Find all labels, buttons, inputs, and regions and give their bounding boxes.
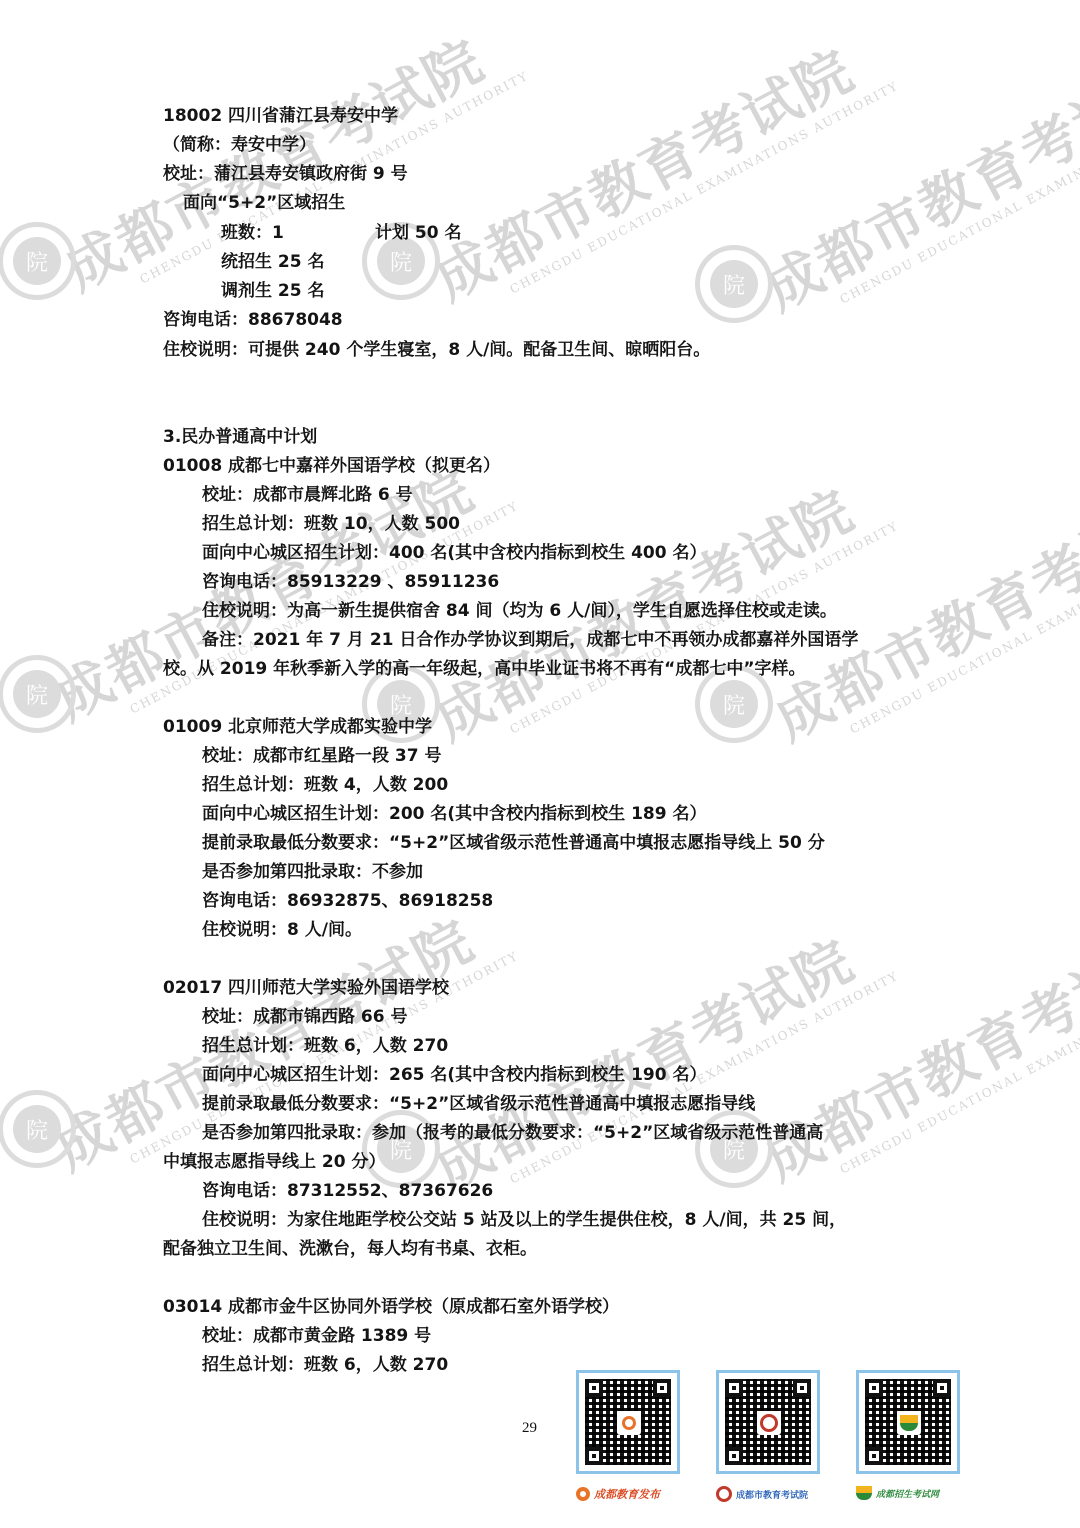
school-detail: 校。从 2019 年秋季新入学的高一年级起，高中毕业证书将不再有“成都七中”字样…: [163, 658, 806, 680]
qr-label: 成都市教育考试院: [716, 1486, 826, 1502]
qr-code-chengdu-education-release[interactable]: 成都教育发布: [576, 1370, 686, 1502]
qr-frame: [576, 1370, 680, 1474]
qr-code-icon: [865, 1379, 951, 1465]
school-detail: 咨询电话：86932875、86918258: [202, 890, 493, 912]
consult-phone: 咨询电话：88678048: [163, 309, 343, 331]
boarding-info: 住校说明：可提供 240 个学生寝室，8 人/间。配备卫生间、晾晒阳台。: [163, 339, 710, 361]
qr-code-icon: [585, 1379, 671, 1465]
school-detail: 住校说明：为家住地距学校公交站 5 站及以上的学生提供住校，8 人/间，共 25…: [202, 1209, 846, 1231]
qr-label: 成都教育发布: [576, 1486, 686, 1502]
school-detail: 是否参加第四批录取：参加（报考的最低分数要求：“5+2”区域省级示范性普通高: [202, 1122, 823, 1144]
school-detail: 配备独立卫生间、洗漱台，每人均有书桌、衣柜。: [163, 1238, 537, 1260]
school-address: 校址：蒲江县寿安镇政府街 9 号: [163, 163, 408, 185]
plan-count: 计划 50 名: [375, 222, 462, 244]
school-short-name: （简称：寿安中学）: [163, 134, 316, 156]
seal-icon: 院: [0, 222, 76, 300]
sun-ring-icon: [576, 1487, 590, 1501]
school-title: 01008 成都七中嘉祥外国语学校（拟更名）: [163, 455, 500, 477]
school-detail: 招生总计划：班数 6，人数 270: [202, 1035, 448, 1057]
school-detail: 是否参加第四批录取：不参加: [202, 861, 423, 883]
school-detail: 校址：成都市黄金路 1389 号: [202, 1325, 431, 1347]
school-detail: 招生总计划：班数 6，人数 270: [202, 1354, 448, 1376]
qr-frame: [856, 1370, 960, 1474]
school-detail: 提前录取最低分数要求：“5+2”区域省级示范性普通高中填报志愿指导线上 50 分: [202, 832, 825, 854]
school-title: 03014 成都市金牛区协同外语学校（原成都石室外语学校）: [163, 1296, 619, 1318]
school-detail: 招生总计划：班数 10，人数 500: [202, 513, 460, 535]
school-detail: 面向中心城区招生计划：200 名(其中含校内指标到校生 189 名）: [202, 803, 707, 825]
school-detail: 校址：成都市晨辉北路 6 号: [202, 484, 413, 506]
school-detail: 咨询电话：87312552、87367626: [202, 1180, 493, 1202]
seal-icon: 院: [0, 1090, 76, 1168]
school-detail: 校址：成都市红星路一段 37 号: [202, 745, 442, 767]
qr-frame: [716, 1370, 820, 1474]
school-detail: 中填报志愿指导线上 20 分）: [163, 1151, 386, 1173]
class-count: 班数：1: [221, 222, 284, 244]
qr-code-admission-exam-site[interactable]: 成都招生考试网: [856, 1370, 966, 1500]
school-title: 18002 四川省蒲江县寿安中学: [163, 105, 398, 127]
seal-icon: 院: [695, 245, 773, 323]
school-detail: 面向中心城区招生计划：400 名(其中含校内指标到校生 400 名）: [202, 542, 707, 564]
school-detail: 住校说明：为高一新生提供宿舍 84 间（均为 6 人/间），学生自愿选择住校或走…: [202, 600, 837, 622]
adjusted-enrollment: 调剂生 25 名: [221, 280, 325, 302]
school-detail: 招生总计划：班数 4，人数 200: [202, 774, 448, 796]
school-detail: 备注：2021 年 7 月 21 日合作办学协议到期后，成都七中不再领办成都嘉祥…: [202, 629, 858, 651]
watermark-text: 成都市教育考试院CHENGDU EDUCATIONAL EXAMINATIONS…: [749, 891, 1080, 1204]
qr-code-exam-authority[interactable]: 成都市教育考试院: [716, 1370, 826, 1502]
school-title: 01009 北京师范大学成都实验中学: [163, 716, 432, 738]
school-detail: 面向中心城区招生计划：265 名(其中含校内指标到校生 190 名）: [202, 1064, 707, 1086]
seal-icon: [716, 1486, 732, 1502]
school-title: 02017 四川师范大学实验外国语学校: [163, 977, 449, 999]
school-detail: 住校说明：8 人/间。: [202, 919, 362, 941]
section-heading: 3.民办普通高中计划: [163, 426, 317, 448]
unified-enrollment: 统招生 25 名: [221, 251, 325, 273]
qr-code-icon: [725, 1379, 811, 1465]
watermark-text: 成都市教育考试院CHENGDU EDUCATIONAL EXAMINATIONS…: [749, 21, 1080, 334]
seal-icon: 院: [0, 655, 76, 733]
page-number: 29: [522, 1420, 537, 1437]
watermark-text: 成都市教育考试院CHENGDU EDUCATIONAL EXAMINATIONS…: [419, 11, 901, 324]
school-detail: 校址：成都市锦西路 66 号: [202, 1006, 408, 1028]
school-detail: 咨询电话：85913229 、85911236: [202, 571, 499, 593]
qr-label: 成都招生考试网: [856, 1486, 966, 1500]
flag-logo-icon: [856, 1486, 872, 1500]
school-detail: 提前录取最低分数要求：“5+2”区域省级示范性普通高中填报志愿指导线: [202, 1093, 755, 1115]
enrollment-region: 面向“5+2”区域招生: [183, 192, 345, 214]
watermark-text: 成都市教育考试院CHENGDU EDUCATIONAL EXAMINATIONS…: [419, 901, 901, 1214]
